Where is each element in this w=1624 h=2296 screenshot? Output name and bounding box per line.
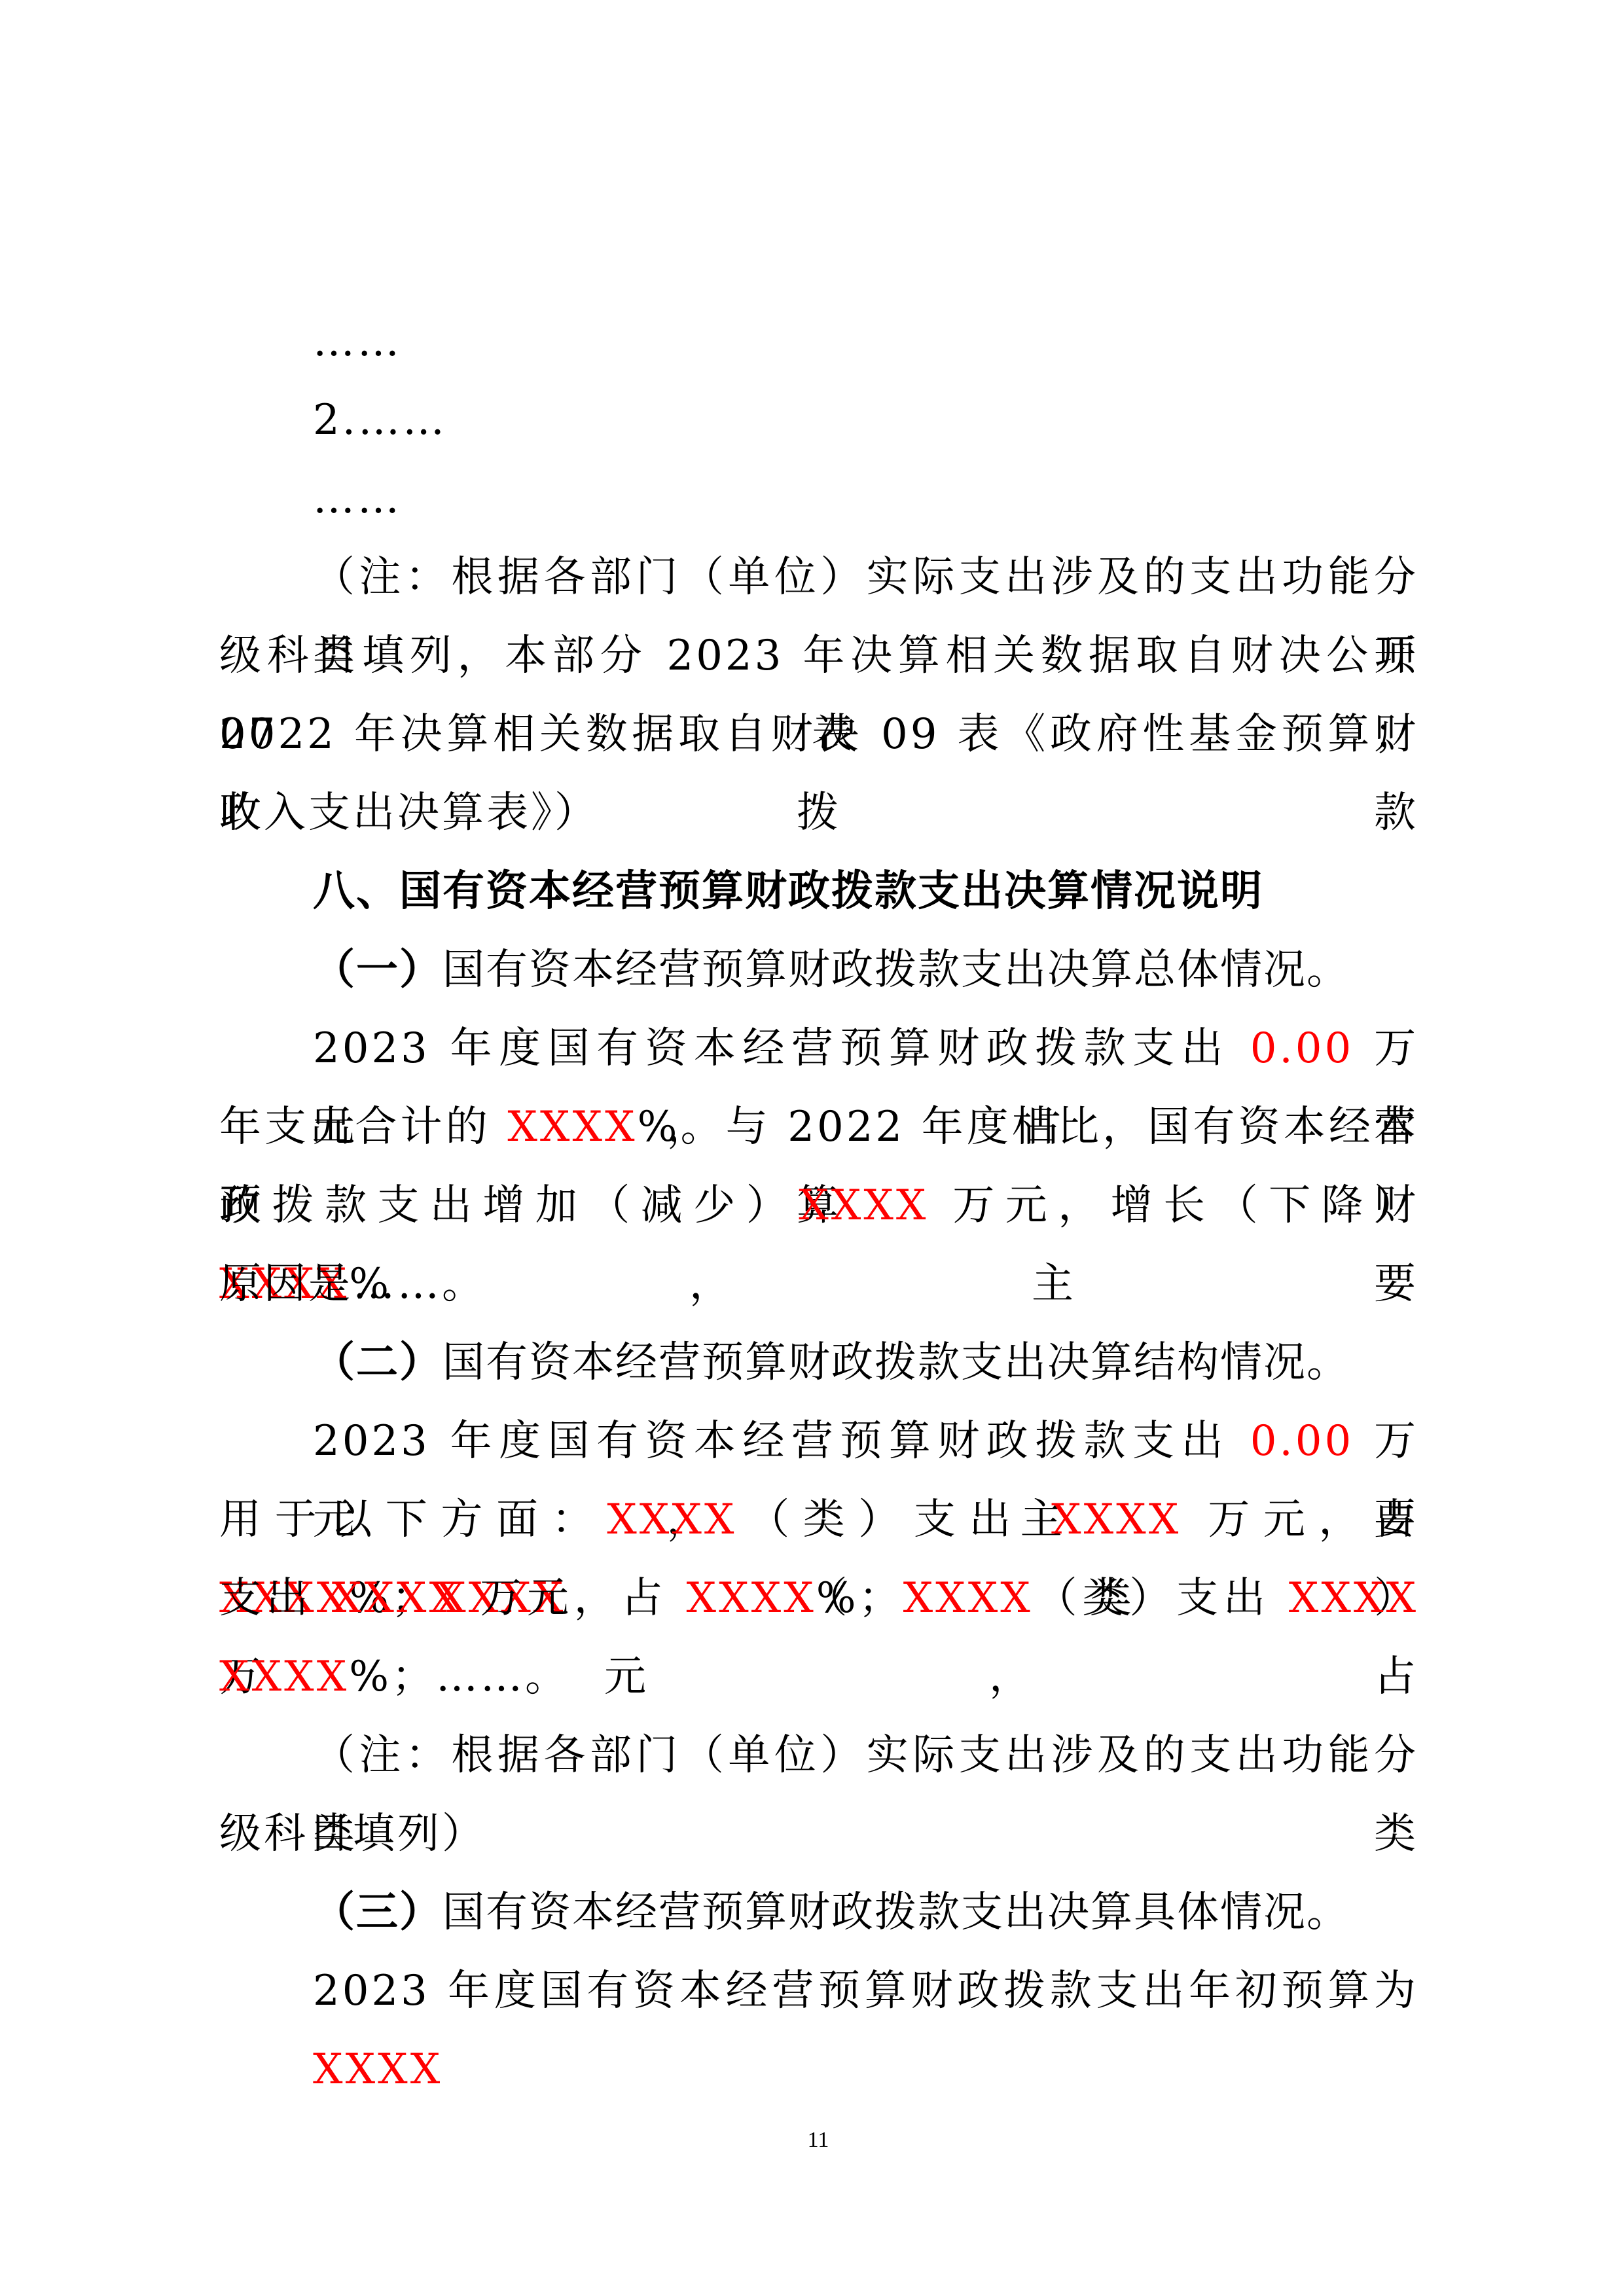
note-paragraph-line-1: （注：根据各部门（单位）实际支出涉及的支出功能分类项 [313, 538, 1418, 617]
paragraph-text: 年支出合计的 [219, 1103, 507, 1151]
paragraph-text: （类）支出 [736, 1496, 1051, 1544]
list-item-2: 2.…… [313, 381, 1418, 459]
percent-value: XXXX [507, 1103, 637, 1151]
overview-paragraph-line-2: 年支出合计的 XXXX%。与 2022 年度相比，国有资本经营预算财 [219, 1088, 1418, 1166]
amount-value: 0.00 [1250, 1024, 1354, 1073]
paragraph-text: 万元，增长（下降） [928, 1181, 1418, 1230]
paragraph-text: %；……。 [349, 1653, 569, 1701]
paragraph-text: %； [816, 1574, 903, 1623]
overview-paragraph-line-4: 原因是……。 [219, 1245, 1418, 1323]
detail-paragraph-line-1: 2023 年度国有资本经营预算财政拨款支出年初预算为 XXXX [313, 1952, 1418, 2030]
note-paragraph-line-4: 收入支出决算表》） [219, 774, 1418, 852]
ellipsis-line: …… [313, 302, 1418, 381]
ellipsis-line: …… [313, 459, 1418, 538]
paragraph-text: 2023 年度国有资本经营预算财政拨款支出 [313, 1024, 1250, 1073]
category-placeholder: XXXX [903, 1574, 1033, 1623]
paragraph-text: 原因是……。 [219, 1260, 486, 1308]
note-paragraph-line-3: 2022 年决算相关数据取自财决 09 表《政府性基金预算财政拨款 [219, 695, 1418, 774]
overview-paragraph-line-3: 政拨款支出增加（减少）XXXX 万元，增长（下降）XXXX%，主要 [219, 1166, 1418, 1245]
paragraph-text: 万元，占 [461, 1574, 687, 1623]
amount-placeholder: XXXX [332, 1574, 461, 1623]
structure-paragraph-line-2: 用于以下方面：XXXX（类）支出 XXXX 万元，占 XXXX%；XXXX（类） [219, 1480, 1418, 1559]
amount-placeholder: XXXX [1051, 1496, 1181, 1544]
subsection-heading-3: （三）国有资本经营预算财政拨款支出决算具体情况。 [313, 1873, 1418, 1952]
overview-paragraph-line-1: 2023 年度国有资本经营预算财政拨款支出 0.00 万元，占本 [313, 1009, 1418, 1088]
paragraph-text: 万元，占 [1181, 1496, 1418, 1544]
paragraph-text: 支出 [219, 1574, 332, 1623]
structure-paragraph-line-1: 2023 年度国有资本经营预算财政拨款支出 0.00 万元，主要 [313, 1402, 1418, 1480]
amount-value: 0.00 [1250, 1417, 1354, 1465]
subsection-title: 国有资本经营预算财政拨款支出决算总体情况。 [442, 946, 1350, 994]
paragraph-text: 2023 年度国有资本经营预算财政拨款支出 [313, 1417, 1250, 1465]
note-line-1: （注：根据各部门（单位）实际支出涉及的支出功能分类类 [313, 1716, 1418, 1795]
note-text: 级科目填列） [219, 1810, 486, 1858]
percent-placeholder: XXXX [219, 1653, 349, 1701]
section-heading: 八、国有资本经营预算财政拨款支出决算情况说明 [313, 852, 1418, 931]
subsection-number: （三） [313, 1888, 442, 1937]
subsection-title: 国有资本经营预算财政拨款支出决算结构情况。 [442, 1338, 1350, 1387]
budget-placeholder: XXXX [313, 2045, 442, 2094]
list-item-text: 2.…… [313, 396, 447, 444]
note-line-2: 级科目填列） [219, 1795, 1418, 1873]
document-page: …… 2.…… …… （注：根据各部门（单位）实际支出涉及的支出功能分类项 级科… [0, 0, 1624, 2296]
paragraph-text: 2023 年度国有资本经营预算财政拨款支出年初预算为 [313, 1967, 1418, 2015]
paragraph-text: 政拨款支出增加（减少） [219, 1181, 799, 1230]
structure-paragraph-line-3: 支出 XXXX 万元，占 XXXX%；XXXX（类）支出 XXXX 万元，占 [219, 1559, 1418, 1638]
ellipsis-text: …… [313, 317, 402, 366]
category-placeholder: XXXX [607, 1496, 736, 1544]
subsection-number: （一） [313, 945, 442, 994]
amount-placeholder: XXXX [1289, 1574, 1418, 1623]
subsection-heading-2: （二）国有资本经营预算财政拨款支出决算结构情况。 [313, 1323, 1418, 1402]
page-number: 11 [779, 2124, 857, 2157]
percent-placeholder: XXXX [687, 1574, 816, 1623]
paragraph-text: （类）支出 [1033, 1574, 1289, 1623]
note-text: 收入支出决算表》） [219, 789, 599, 837]
subsection-number: （二） [313, 1338, 442, 1387]
subsection-title: 国有资本经营预算财政拨款支出决算具体情况。 [442, 1888, 1350, 1937]
section-heading-text: 八、国有资本经营预算财政拨款支出决算情况说明 [313, 867, 1263, 916]
subsection-heading-1: （一）国有资本经营预算财政拨款支出决算总体情况。 [313, 931, 1418, 1009]
ellipsis-text: …… [313, 475, 402, 523]
note-paragraph-line-2: 级科目填列，本部分 2023 年决算相关数据取自财决公开 07 表； [219, 617, 1418, 695]
structure-paragraph-line-4: XXXX%；……。 [219, 1638, 1418, 1716]
change-amount-value: XXXX [799, 1181, 928, 1230]
paragraph-text: 用于以下方面： [219, 1496, 607, 1544]
